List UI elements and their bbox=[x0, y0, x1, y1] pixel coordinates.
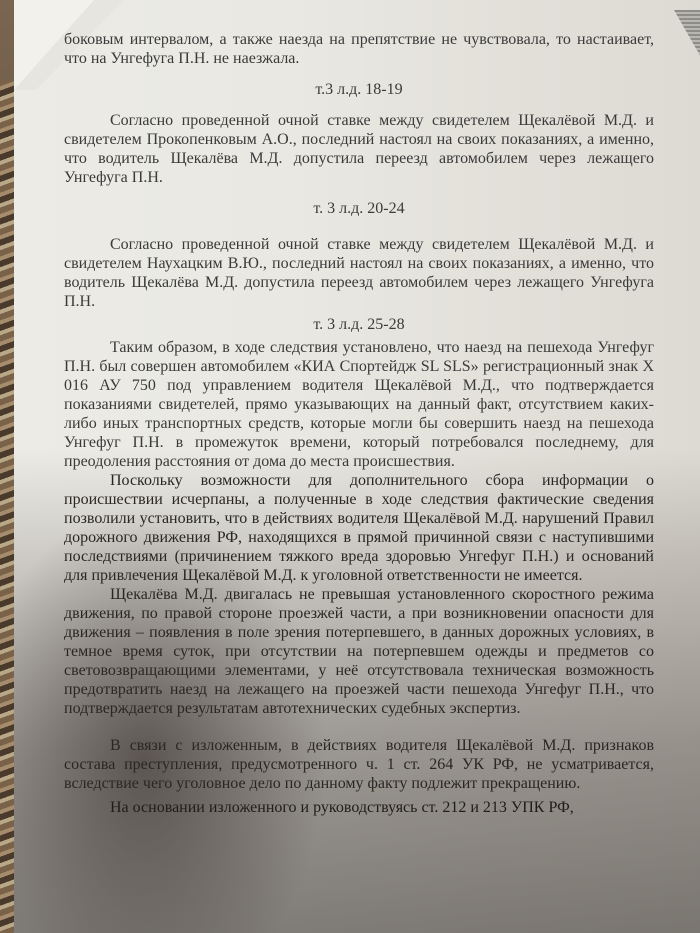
photo-scene: боковым интервалом, а также наезда на пр… bbox=[0, 0, 700, 933]
paragraph-driver-movement: Щекалёва М.Д. двигалась не превышая уста… bbox=[64, 585, 654, 718]
paragraph-continuation: боковым интервалом, а также наезда на пр… bbox=[64, 30, 654, 68]
document-body: боковым интервалом, а также наезда на пр… bbox=[64, 30, 654, 817]
paragraph-conclusion-established: Таким образом, в ходе следствия установл… bbox=[64, 338, 654, 471]
paragraph-confrontation-prokopenkov: Согласно проведенной очной ставке между … bbox=[64, 111, 654, 187]
paragraph-confrontation-naukhatsky: Согласно проведенной очной ставке между … bbox=[64, 235, 654, 311]
case-reference-2: т. 3 л.д. 20-24 bbox=[64, 199, 654, 218]
paragraph-legal-basis: На основании изложенного и руководствуяс… bbox=[64, 798, 654, 817]
paragraph-no-violations: Поскольку возможности для дополнительног… bbox=[64, 471, 654, 585]
page-edge-stack bbox=[674, 10, 700, 80]
paragraph-no-crime: В связи с изложенным, в действиях водите… bbox=[64, 736, 654, 793]
document-page: боковым интервалом, а также наезда на пр… bbox=[14, 0, 700, 933]
case-reference-1: т.3 л.д. 18-19 bbox=[64, 80, 654, 99]
case-reference-3: т. 3 л.д. 25-28 bbox=[64, 315, 654, 334]
